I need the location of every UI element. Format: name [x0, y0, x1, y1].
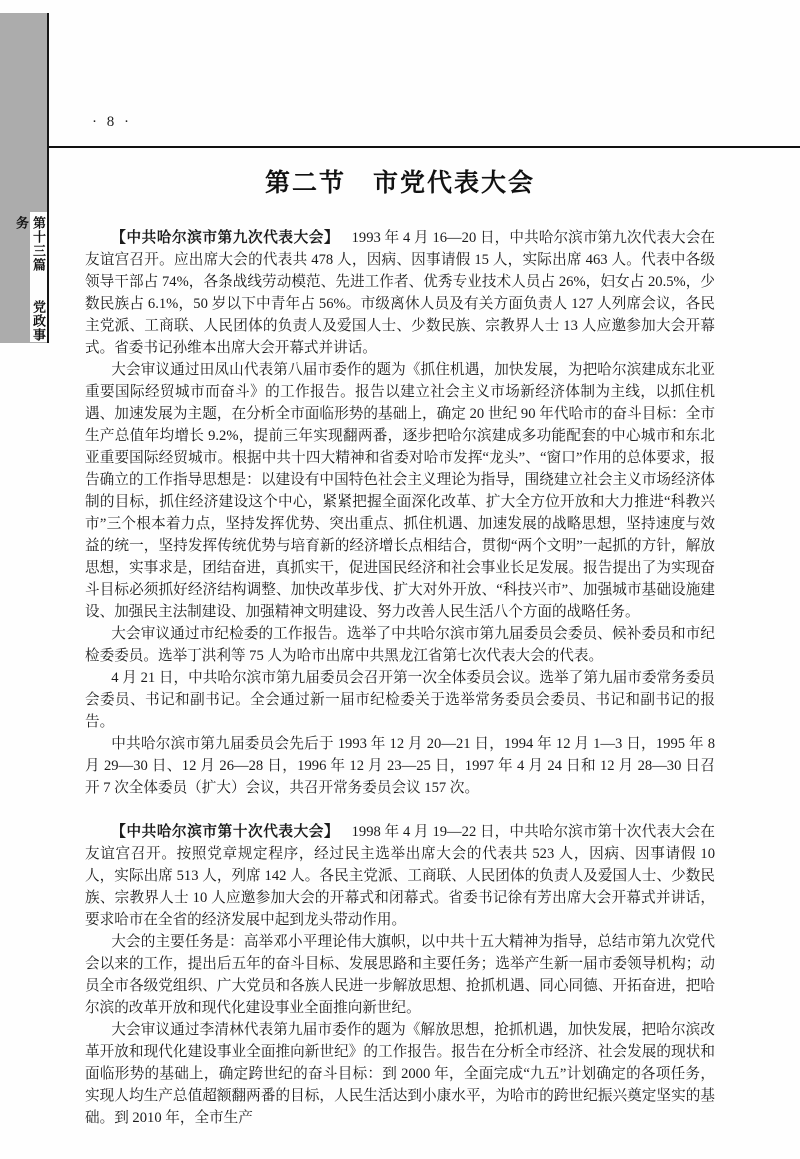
paragraph-text: 大会审议通过市纪检委的工作报告。选举了中共哈尔滨市第九届委员会委员、候补委员和市…	[85, 626, 715, 664]
paragraph-plenary-sessions: 中共哈尔滨市第九届委员会先后于 1993 年 12 月 20—21 日，1994…	[85, 733, 715, 799]
entry-heading-ninth-congress: 【中共哈尔滨市第九次代表大会】	[111, 230, 339, 246]
text-column: 第二节 市党代表大会 【中共哈尔滨市第九次代表大会】1993 年 4 月 16—…	[85, 168, 715, 1129]
page-number: · 8 ·	[92, 114, 132, 131]
paragraph-ninth-congress: 【中共哈尔滨市第九次代表大会】1993 年 4 月 16—20 日，中共哈尔滨市…	[85, 227, 715, 359]
book-page: 第十三篇 党政事务 · 8 · 第二节 市党代表大会 【中共哈尔滨市第九次代表大…	[0, 0, 800, 1159]
paragraph-work-report-ninth: 大会审议通过田凤山代表第八届市委作的题为《抓住机遇，加快发展，为把哈尔滨建成东北…	[85, 359, 715, 623]
entry-heading-tenth-congress: 【中共哈尔滨市第十次代表大会】	[111, 824, 339, 840]
paragraph-text: 4 月 21 日，中共哈尔滨市第九届委员会召开第一次全体委员会议。选举了第九届市…	[85, 670, 715, 730]
section-title: 第二节 市党代表大会	[85, 168, 715, 200]
paragraph-text: 大会的主要任务是：高举邓小平理论伟大旗帜，以中共十五大精神为指导，总结市第九次党…	[85, 934, 715, 1016]
header-rule	[48, 146, 800, 148]
paragraph-text: 大会审议通过李清林代表第九届市委作的题为《解放思想，抢抓机遇，加快发展，把哈尔滨…	[85, 1022, 715, 1126]
chapter-tab-part-label: 第十三篇	[31, 216, 46, 272]
paragraph-text: 中共哈尔滨市第九届委员会先后于 1993 年 12 月 20—21 日，1994…	[85, 736, 715, 796]
paragraph-tenth-congress: 【中共哈尔滨市第十次代表大会】1998 年 4 月 19—22 日，中共哈尔滨市…	[85, 821, 715, 931]
chapter-tab: 第十三篇 党政事务	[30, 212, 47, 342]
paragraph-text: 1993 年 4 月 16—20 日，中共哈尔滨市第九次代表大会在友谊宫召开。应…	[85, 230, 715, 356]
paragraph-main-tasks: 大会的主要任务是：高举邓小平理论伟大旗帜，以中共十五大精神为指导，总结市第九次党…	[85, 931, 715, 1019]
paragraph-discipline-report: 大会审议通过市纪检委的工作报告。选举了中共哈尔滨市第九届委员会委员、候补委员和市…	[85, 623, 715, 667]
paragraph-first-plenary: 4 月 21 日，中共哈尔滨市第九届委员会召开第一次全体委员会议。选举了第九届市…	[85, 667, 715, 733]
paragraph-work-report-tenth: 大会审议通过李清林代表第九届市委作的题为《解放思想，抢抓机遇，加快发展，把哈尔滨…	[85, 1019, 715, 1129]
spine-vertical-rule	[47, 13, 49, 343]
paragraph-text: 大会审议通过田凤山代表第八届市委作的题为《抓住机遇，加快发展，为把哈尔滨建成东北…	[85, 362, 715, 620]
spine-gray-bar: 第十三篇 党政事务	[0, 13, 47, 343]
